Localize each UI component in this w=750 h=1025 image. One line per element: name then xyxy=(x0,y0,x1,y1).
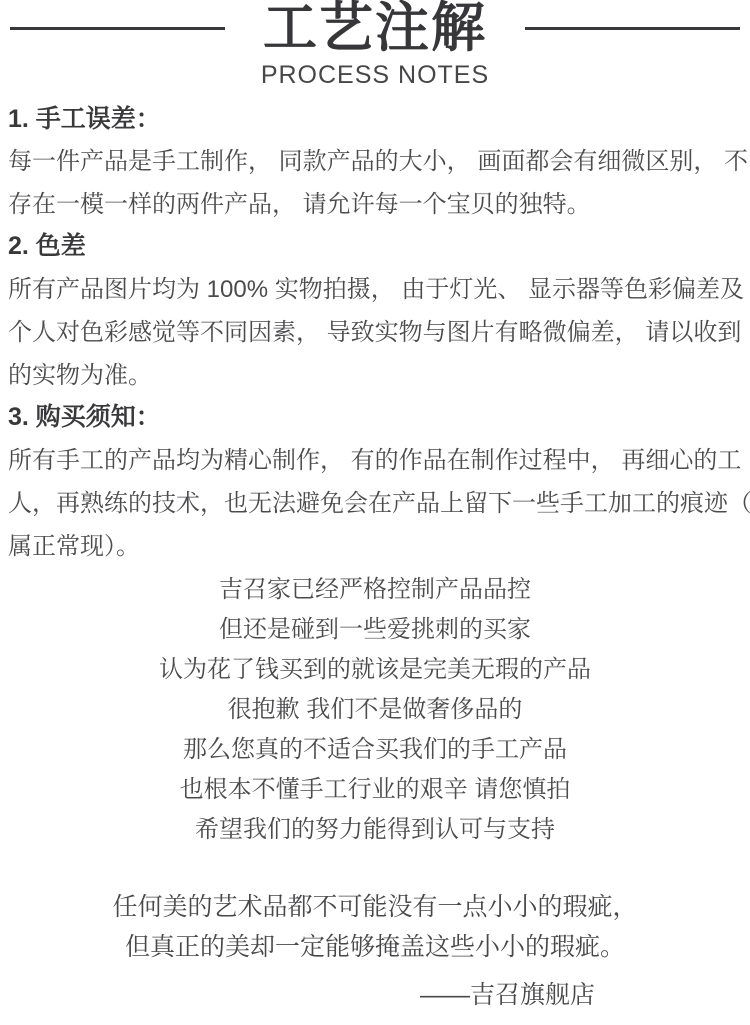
page-title: 工艺注解 xyxy=(263,0,487,56)
title-row: 工艺注解 xyxy=(0,0,750,56)
section-body-1: 每一件产品是手工制作， 同款产品的大小， 画面都会有细微区别， 不 存在一模一样… xyxy=(8,140,742,226)
body-line: 每一件产品是手工制作， 同款产品的大小， 画面都会有细微区别， 不 xyxy=(8,140,742,183)
appeal-line: 也根本不懂手工行业的艰辛 请您慎拍 xyxy=(8,770,742,810)
appeal-line: 那么您真的不适合买我们的手工产品 xyxy=(8,730,742,770)
right-rule-divider xyxy=(525,27,740,30)
page-header: 工艺注解 PROCESS NOTES xyxy=(0,0,750,90)
body-line: 所有手工的产品均为精心制作， 有的作品在制作过程中， 再细心的工 xyxy=(8,439,742,482)
left-rule-divider xyxy=(10,27,225,30)
notes-content: 1. 手工误差： 每一件产品是手工制作， 同款产品的大小， 画面都会有细微区别，… xyxy=(0,103,750,1015)
section-handmade-variance: 1. 手工误差： 每一件产品是手工制作， 同款产品的大小， 画面都会有细微区别，… xyxy=(8,103,742,226)
appeal-line: 认为花了钱买到的就该是完美无瑕的产品 xyxy=(8,650,742,690)
body-line: 存在一模一样的两件产品， 请允许每一个宝贝的独特。 xyxy=(8,183,742,226)
quality-appeal-block: 吉召家已经严格控制产品品控 但还是碰到一些爱挑刺的买家 认为花了钱买到的就该是完… xyxy=(8,570,742,850)
section-color-difference: 2. 色差 所有产品图片均为 100% 实物拍摄， 由于灯光、 显示器等色彩偏差… xyxy=(8,230,742,397)
appeal-line: 希望我们的努力能得到认可与支持 xyxy=(8,810,742,850)
body-line: 的实物为准。 xyxy=(8,354,742,397)
page-subtitle: PROCESS NOTES xyxy=(0,60,750,90)
body-line: 所有产品图片均为 100% 实物拍摄， 由于灯光、 显示器等色彩偏差及 xyxy=(8,268,742,311)
closing-quote-block: 任何美的艺术品都不可能没有一点小小的瑕疵， 但真正的美却一定能够掩盖这些小小的瑕… xyxy=(8,887,742,967)
closing-line: 但真正的美却一定能够掩盖这些小小的瑕疵。 xyxy=(8,927,742,967)
section-heading-3: 3. 购买须知： xyxy=(8,401,742,433)
body-line: 属正常现）。 xyxy=(8,525,742,568)
store-signature: ——吉召旗舰店 xyxy=(8,975,742,1015)
appeal-line: 很抱歉 我们不是做奢侈品的 xyxy=(8,690,742,730)
section-body-3: 所有手工的产品均为精心制作， 有的作品在制作过程中， 再细心的工 人，再熟练的技… xyxy=(8,439,742,568)
appeal-line: 但还是碰到一些爱挑刺的买家 xyxy=(8,610,742,650)
section-body-2: 所有产品图片均为 100% 实物拍摄， 由于灯光、 显示器等色彩偏差及 个人对色… xyxy=(8,268,742,397)
process-notes-page: 工艺注解 PROCESS NOTES 1. 手工误差： 每一件产品是手工制作， … xyxy=(0,0,750,1025)
appeal-line: 吉召家已经严格控制产品品控 xyxy=(8,570,742,610)
body-line: 人，再熟练的技术，也无法避免会在产品上留下一些手工加工的痕迹（均 xyxy=(8,482,742,525)
section-heading-1: 1. 手工误差： xyxy=(8,103,742,135)
section-purchase-notice: 3. 购买须知： 所有手工的产品均为精心制作， 有的作品在制作过程中， 再细心的… xyxy=(8,401,742,568)
body-line: 个人对色彩感觉等不同因素， 导致实物与图片有略微偏差， 请以收到 xyxy=(8,311,742,354)
closing-line: 任何美的艺术品都不可能没有一点小小的瑕疵， xyxy=(8,887,742,927)
section-heading-2: 2. 色差 xyxy=(8,230,742,262)
